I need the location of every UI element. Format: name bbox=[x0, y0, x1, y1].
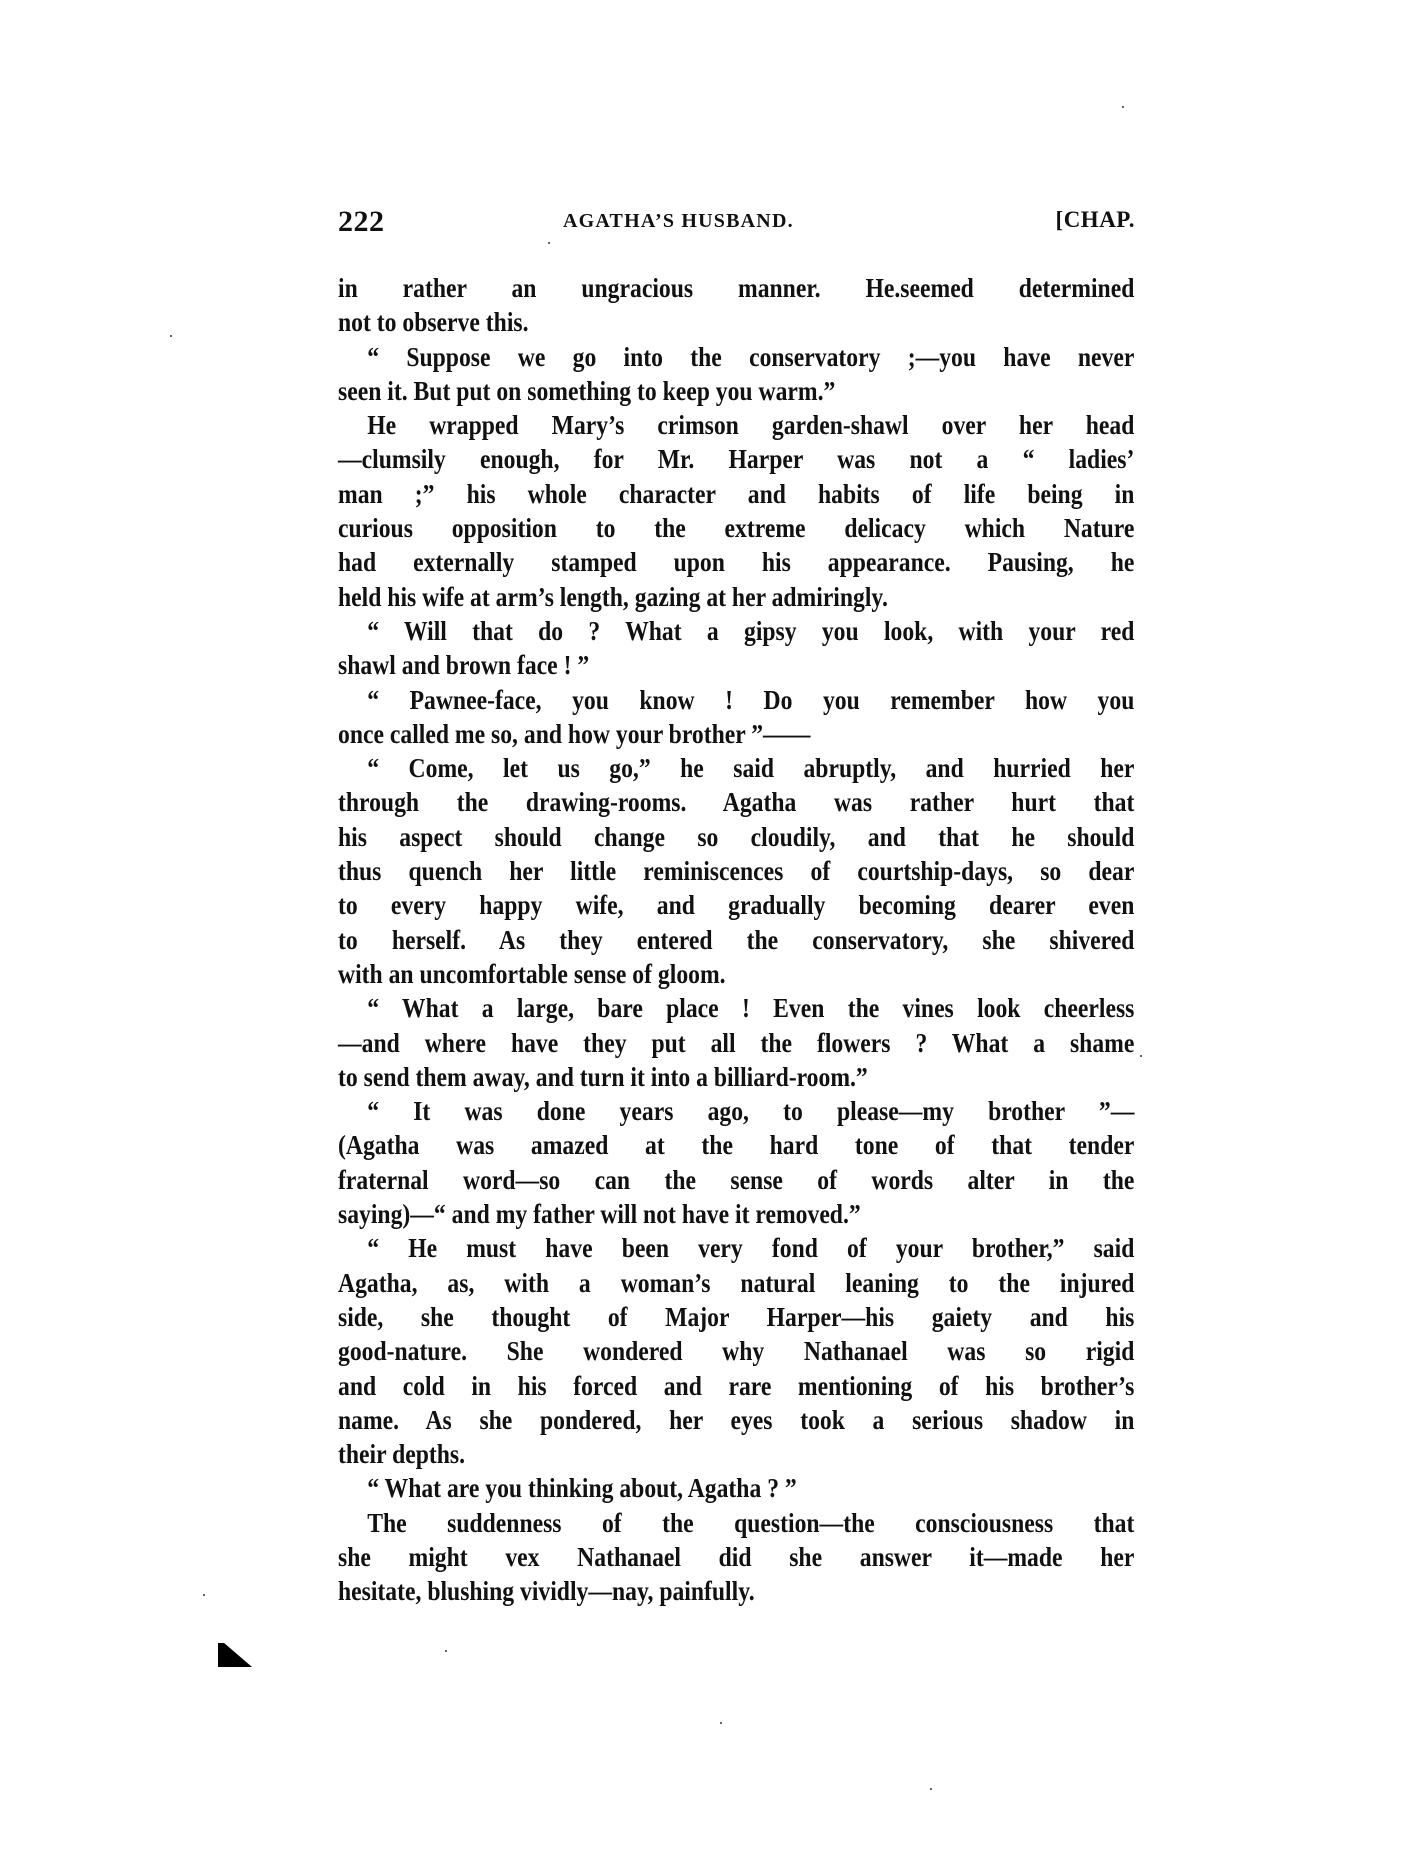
text-line: to herself. As they entered the conserva… bbox=[338, 923, 1134, 957]
body-text: in rather an ungracious manner. He.seeme… bbox=[338, 271, 1023, 1609]
running-title: AGATHA’S HUSBAND. bbox=[563, 210, 794, 233]
text-line: to every happy wife, and gradually becom… bbox=[338, 888, 1134, 922]
text-line: He wrapped Mary’s crimson garden-shawl o… bbox=[338, 408, 1134, 442]
scan-speck bbox=[548, 242, 550, 244]
text-line: “ Will that do ? What a gipsy you look, … bbox=[338, 614, 1134, 648]
text-line: thus quench her little reminiscences of … bbox=[338, 854, 1134, 888]
chapter-mark: [CHAP. bbox=[1056, 207, 1135, 233]
text-line: shawl and brown face ! ” bbox=[338, 648, 1134, 682]
text-line: “ What a large, bare place ! Even the vi… bbox=[338, 991, 1134, 1025]
text-line: with an uncomfortable sense of gloom. bbox=[338, 957, 1134, 991]
text-line: hesitate, blushing vividly—nay, painfull… bbox=[338, 1574, 1134, 1608]
page-number: 222 bbox=[338, 205, 385, 239]
text-line: name. As she pondered, her eyes took a s… bbox=[338, 1403, 1134, 1437]
text-line: held his wife at arm’s length, gazing at… bbox=[338, 580, 1134, 614]
text-line: to send them away, and turn it into a bi… bbox=[338, 1060, 1134, 1094]
text-line: not to observe this. bbox=[338, 305, 1134, 339]
text-line: —and where have they put all the flowers… bbox=[338, 1026, 1134, 1060]
text-line: their depths. bbox=[338, 1437, 1134, 1471]
scan-speck bbox=[930, 1788, 932, 1790]
text-line: “ It was done years ago, to please—my br… bbox=[338, 1094, 1134, 1128]
text-line: his aspect should change so cloudily, an… bbox=[338, 820, 1134, 854]
text-line: “ Come, let us go,” he said abruptly, an… bbox=[338, 751, 1134, 785]
text-line: The suddenness of the question—the consc… bbox=[338, 1506, 1134, 1540]
scan-speck bbox=[1122, 106, 1124, 108]
text-line: good-nature. She wondered why Nathanael … bbox=[338, 1334, 1134, 1368]
text-line: saying)—“ and my father will not have it… bbox=[338, 1197, 1134, 1231]
running-head: 222 AGATHA’S HUSBAND. [CHAP. bbox=[338, 205, 1135, 239]
text-line: had externally stamped upon his appearan… bbox=[338, 545, 1134, 579]
text-line: —clumsily enough, for Mr. Harper was not… bbox=[338, 442, 1134, 476]
scan-speck bbox=[203, 1594, 205, 1596]
text-line: seen it. But put on something to keep yo… bbox=[338, 374, 1134, 408]
text-line: through the drawing-rooms. Agatha was ra… bbox=[338, 785, 1134, 819]
text-line: “ He must have been very fond of your br… bbox=[338, 1231, 1134, 1265]
text-line: once called me so, and how your brother … bbox=[338, 717, 1134, 751]
scan-speck bbox=[720, 1722, 722, 1724]
text-line: “ Suppose we go into the conservatory ;—… bbox=[338, 340, 1134, 374]
text-line: side, she thought of Major Harper—his ga… bbox=[338, 1300, 1134, 1334]
text-line: in rather an ungracious manner. He.seeme… bbox=[338, 271, 1134, 305]
text-line: “ Pawnee-face, you know ! Do you remembe… bbox=[338, 683, 1134, 717]
text-line: she might vex Nathanael did she answer i… bbox=[338, 1540, 1134, 1574]
text-line: curious opposition to the extreme delica… bbox=[338, 511, 1134, 545]
scan-speck bbox=[445, 1650, 447, 1652]
scan-speck bbox=[1140, 1055, 1142, 1057]
scan-speck bbox=[170, 335, 172, 337]
text-line: (Agatha was amazed at the hard tone of t… bbox=[338, 1128, 1134, 1162]
text-line: Agatha, as, with a woman’s natural leani… bbox=[338, 1266, 1134, 1300]
text-line: and cold in his forced and rare mentioni… bbox=[338, 1369, 1134, 1403]
text-line: man ;” his whole character and habits of… bbox=[338, 477, 1134, 511]
text-line: fraternal word—so can the sense of words… bbox=[338, 1163, 1134, 1197]
text-line: “ What are you thinking about, Agatha ? … bbox=[338, 1471, 1134, 1505]
